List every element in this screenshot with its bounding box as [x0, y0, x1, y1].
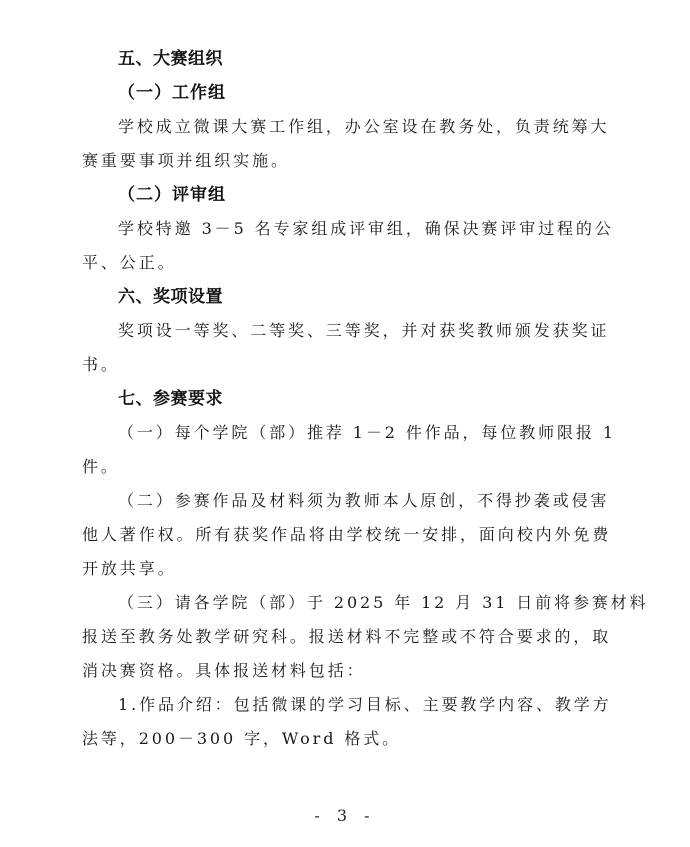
document-page: 五、大赛组织 （一）工作组 学校成立微课大赛工作组，办公室设在教务处，负责统筹大… [82, 42, 612, 756]
paragraph-line: 1.作品介绍：包括微课的学习目标、主要教学内容、教学方 [82, 688, 612, 722]
paragraph-line: 他人著作权。所有获奖作品将由学校统一安排，面向校内外免费 [82, 518, 612, 552]
paragraph-line: 法等，200－300 字，Word 格式。 [82, 722, 612, 756]
paragraph-line: （一）每个学院（部）推荐 1－2 件作品，每位教师限报 1 [82, 416, 612, 450]
paragraph-line: 消决赛资格。具体报送材料包括： [82, 654, 612, 688]
paragraph-line: 平、公正。 [82, 246, 612, 280]
paragraph-line: 赛重要事项并组织实施。 [82, 144, 612, 178]
paragraph-line: 奖项设一等奖、二等奖、三等奖，并对获奖教师颁发获奖证 [82, 314, 612, 348]
paragraph-line: 件。 [82, 450, 612, 484]
section-heading-awards: 六、奖项设置 [82, 280, 612, 314]
paragraph-line: 开放共享。 [82, 552, 612, 586]
paragraph-line: 报送至教务处教学研究科。报送材料不完整或不符合要求的，取 [82, 620, 612, 654]
paragraph-line: 学校成立微课大赛工作组，办公室设在教务处，负责统筹大 [82, 110, 612, 144]
page-number: - 3 - [0, 806, 690, 825]
paragraph-line: 学校特邀 3－5 名专家组成评审组，确保决赛评审过程的公 [82, 212, 612, 246]
section-heading-organization: 五、大赛组织 [82, 42, 612, 76]
paragraph-line: （二）参赛作品及材料须为教师本人原创，不得抄袭或侵害 [82, 484, 612, 518]
paragraph-line: 书。 [82, 348, 612, 382]
subsection-heading-working-group: （一）工作组 [82, 76, 612, 110]
paragraph-line: （三）请各学院（部）于 2025 年 12 月 31 日前将参赛材料 [82, 586, 612, 620]
section-heading-requirements: 七、参赛要求 [82, 382, 612, 416]
subsection-heading-review-group: （二）评审组 [82, 178, 612, 212]
